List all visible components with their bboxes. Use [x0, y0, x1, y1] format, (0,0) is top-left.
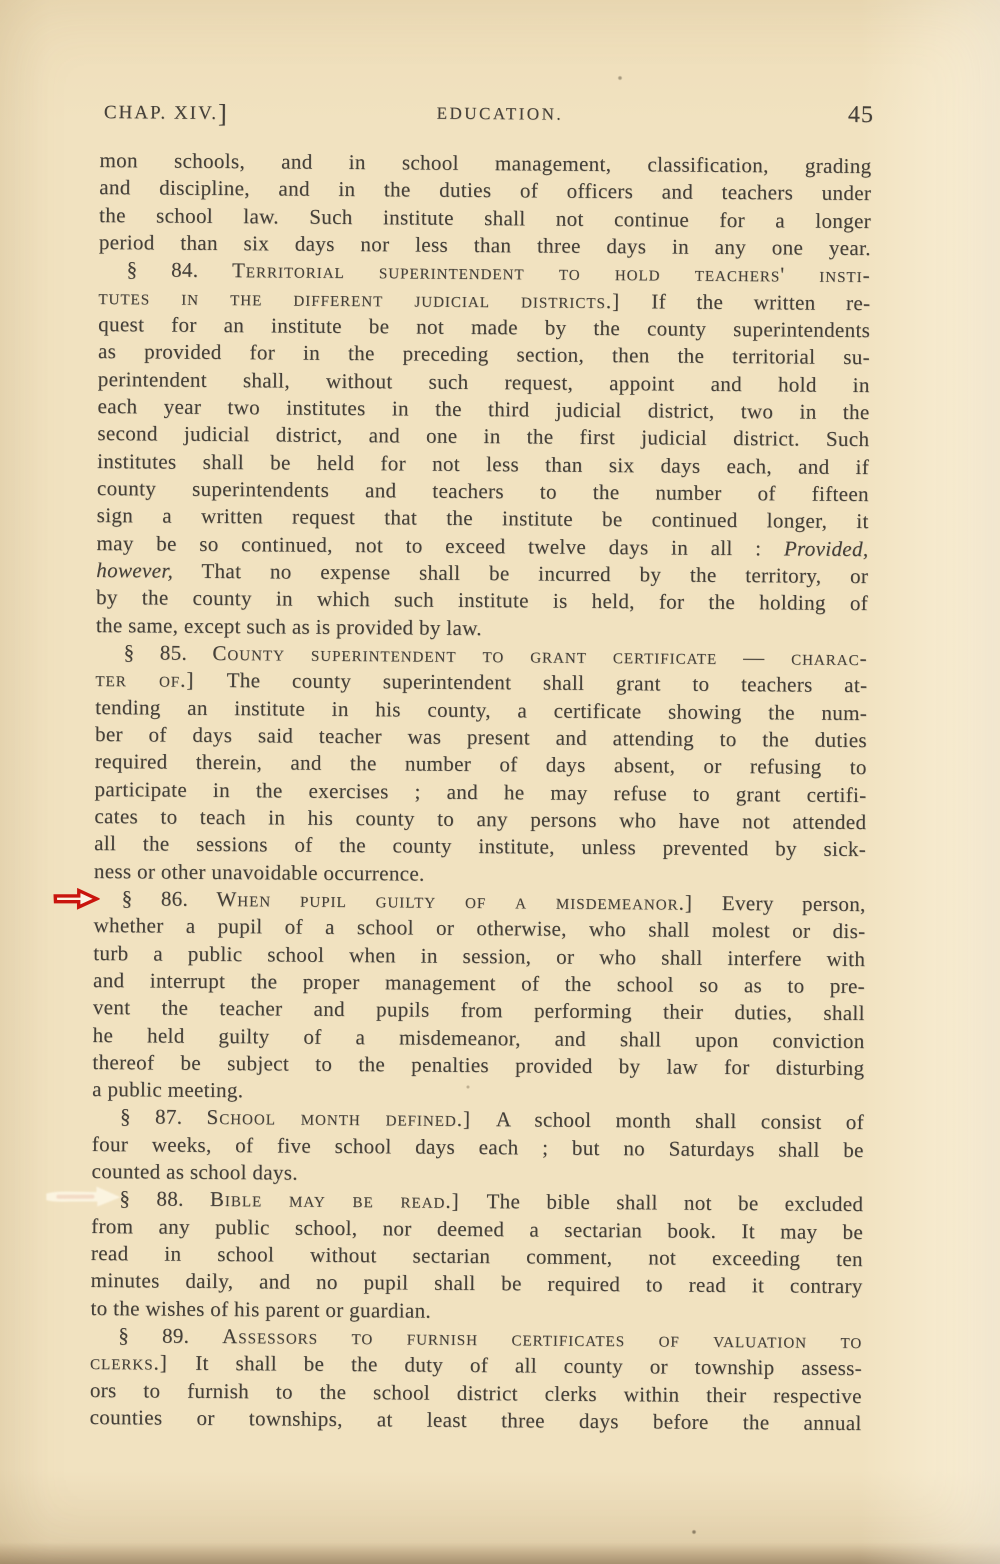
- body-text: from any public school, nor deemed a sec…: [91, 1214, 863, 1244]
- body-text: county superintendents and teachers to t…: [97, 476, 869, 506]
- body-text: minutes daily, and no pupil shall be req…: [91, 1268, 863, 1298]
- body-text: turb a public school when in session, or…: [93, 941, 865, 971]
- section-heading-text: ter of.]: [95, 667, 226, 692]
- body-text: ness or other unavoidable occurrence.: [94, 859, 425, 886]
- paragraph-sec-84: § 84. Territorial superintendent to hold…: [96, 256, 871, 645]
- red-arrow-annotation-icon: [52, 887, 100, 911]
- body-text: tending an institute in his county, a ce…: [95, 695, 867, 725]
- body-text: counted as school days.: [91, 1159, 298, 1185]
- body-text: Every person,: [722, 891, 866, 916]
- body-text: four weeks, of five school days each ; b…: [92, 1132, 864, 1162]
- paragraph-sec-89: § 89. Assessors to furnish certificates …: [90, 1322, 863, 1437]
- body-text: § 84.: [127, 258, 233, 283]
- body-text: § 87.: [120, 1105, 207, 1130]
- body-text: vent the teacher and pupils from perform…: [93, 995, 865, 1025]
- body-text: period than six days nor less than three…: [99, 230, 871, 260]
- body-text: second judicial district, and one in the…: [97, 421, 869, 451]
- body-text: cates to teach in his county to any pers…: [94, 804, 866, 834]
- body-text: required therein, and the number of days…: [95, 749, 867, 779]
- body-text: may be so continued, not to exceed twelv…: [96, 531, 784, 560]
- body-text: § 85.: [124, 640, 213, 665]
- body-text: institutes shall be held for not less th…: [97, 449, 869, 479]
- body-text: A school month shall consist of: [496, 1108, 864, 1135]
- body-text: If the written re-: [651, 289, 870, 315]
- section-heading-text: Territorial superintendent to hold teach…: [232, 258, 871, 287]
- section-heading-text: School month defined.]: [206, 1105, 495, 1131]
- paragraph-sec-86: § 86. When pupil guilty of a misdemeanor…: [92, 885, 866, 1110]
- body-text: The county superintendent shall grant to…: [227, 668, 868, 697]
- paragraph-sec-83-continuation: mon schools, and in school management, c…: [99, 147, 872, 262]
- body-text: ber of days said teacher was present and…: [95, 722, 867, 752]
- body-text: he held guilty of a misdemeanor, and sha…: [93, 1023, 865, 1053]
- page-number: 45: [848, 102, 874, 129]
- body-text: participate in the exercises ; and he ma…: [94, 777, 866, 807]
- body-text: and discipline, and in the duties of off…: [99, 175, 871, 205]
- paragraph-sec-87: § 87. School month defined.] A school mo…: [91, 1103, 864, 1191]
- paragraph-sec-85: § 85. County superintendent to grant cer…: [94, 639, 868, 891]
- book-page: CHAP. XIV.] EDUCATION. 45 mon schools, a…: [0, 0, 1000, 1564]
- italic-text: Provided,: [784, 536, 869, 561]
- body-text: to the wishes of his parent or guardian.: [90, 1296, 431, 1323]
- body-text: mon schools, and in school management, c…: [99, 148, 871, 178]
- body-text: The bible shall not be excluded: [486, 1190, 863, 1217]
- body-text: by the county in which such institute is…: [96, 585, 868, 615]
- body-text: as provided for in the preceding section…: [98, 339, 870, 369]
- body-text: perintendent shall, without such request…: [98, 367, 870, 397]
- body-text: whether a pupil of a school or otherwise…: [93, 913, 865, 943]
- body-text: quest for an institute be not made by th…: [98, 312, 870, 342]
- section-heading-text: Assessors to furnish certificates of val…: [222, 1324, 862, 1353]
- body-text: thereof be subject to the penalties prov…: [92, 1050, 864, 1080]
- body-text: each year two institutes in the third ju…: [98, 394, 870, 424]
- body-text: the school law. Such institute shall not…: [99, 203, 871, 233]
- section-heading-text: tutes in the different judicial district…: [98, 285, 651, 313]
- page-text: mon schools, and in school management, c…: [90, 147, 872, 1437]
- section-heading-text: clerks.]: [90, 1350, 195, 1375]
- page-header: CHAP. XIV.] EDUCATION. 45: [0, 95, 1000, 137]
- body-text: and interrupt the proper management of t…: [93, 968, 865, 998]
- body-text: the same, except such as is provided by …: [96, 613, 482, 640]
- body-text: It shall be the duty of all county or to…: [195, 1351, 862, 1380]
- body-text: § 89.: [118, 1323, 222, 1348]
- body-text: read in school without sectarian comment…: [91, 1241, 863, 1271]
- body-text: counties or townships, at least three da…: [90, 1405, 862, 1435]
- section-heading-text: Bible may be read.]: [210, 1187, 487, 1213]
- section-heading-text: County superintendent to grant certifica…: [212, 641, 867, 670]
- paragraph-sec-88: § 88. Bible may be read.] The bible shal…: [90, 1185, 863, 1328]
- body-text: all the sessions of the county institute…: [94, 831, 866, 861]
- body-text: § 88.: [119, 1187, 210, 1212]
- italic-text: however,: [96, 558, 173, 583]
- body-text: sign a written request that the institut…: [97, 503, 869, 533]
- scanned-page-content: CHAP. XIV.] EDUCATION. 45 mon schools, a…: [0, 0, 1000, 1564]
- text-line: counties or townships, at least three da…: [90, 1404, 862, 1437]
- body-text: § 86.: [122, 886, 217, 911]
- body-text: ors to furnish to the school district cl…: [90, 1378, 862, 1408]
- section-heading-text: When pupil guilty of a misdemeanor.]: [216, 887, 722, 915]
- body-text: a public meeting.: [92, 1077, 243, 1102]
- body-text: That no expense shall be incurred by the…: [173, 559, 868, 588]
